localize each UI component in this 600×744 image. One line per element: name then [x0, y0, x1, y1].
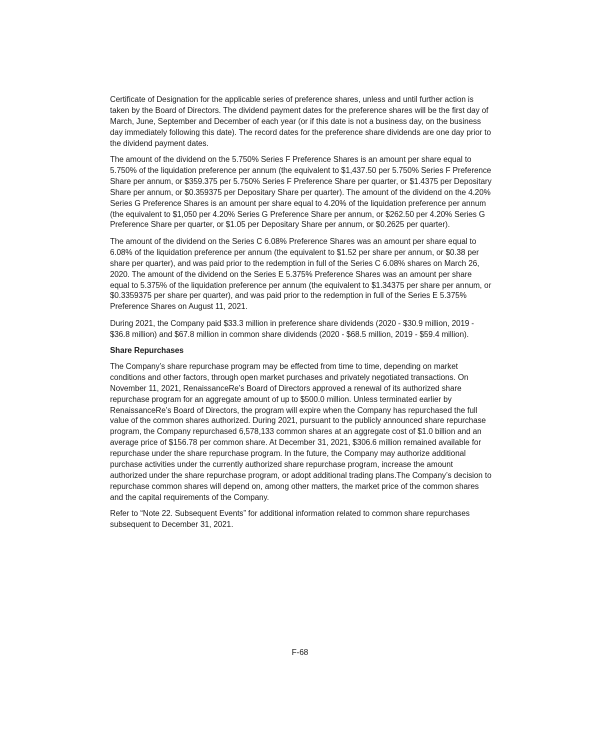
document-body: Certificate of Designation for the appli…: [110, 95, 492, 537]
page-number: F-68: [0, 648, 600, 657]
paragraph-dividend-dates: Certificate of Designation for the appli…: [110, 95, 492, 150]
paragraph-repurchase-program: The Company’s share repurchase program m…: [110, 362, 492, 504]
paragraph-dividends-paid: During 2021, the Company paid $33.3 mill…: [110, 319, 492, 341]
section-heading-share-repurchases: Share Repurchases: [110, 346, 492, 357]
paragraph-subsequent-events-ref: Refer to “Note 22. Subsequent Events” fo…: [110, 509, 492, 531]
paragraph-series-f-g-dividends: The amount of the dividend on the 5.750%…: [110, 155, 492, 231]
paragraph-series-c-e-dividends: The amount of the dividend on the Series…: [110, 237, 492, 313]
